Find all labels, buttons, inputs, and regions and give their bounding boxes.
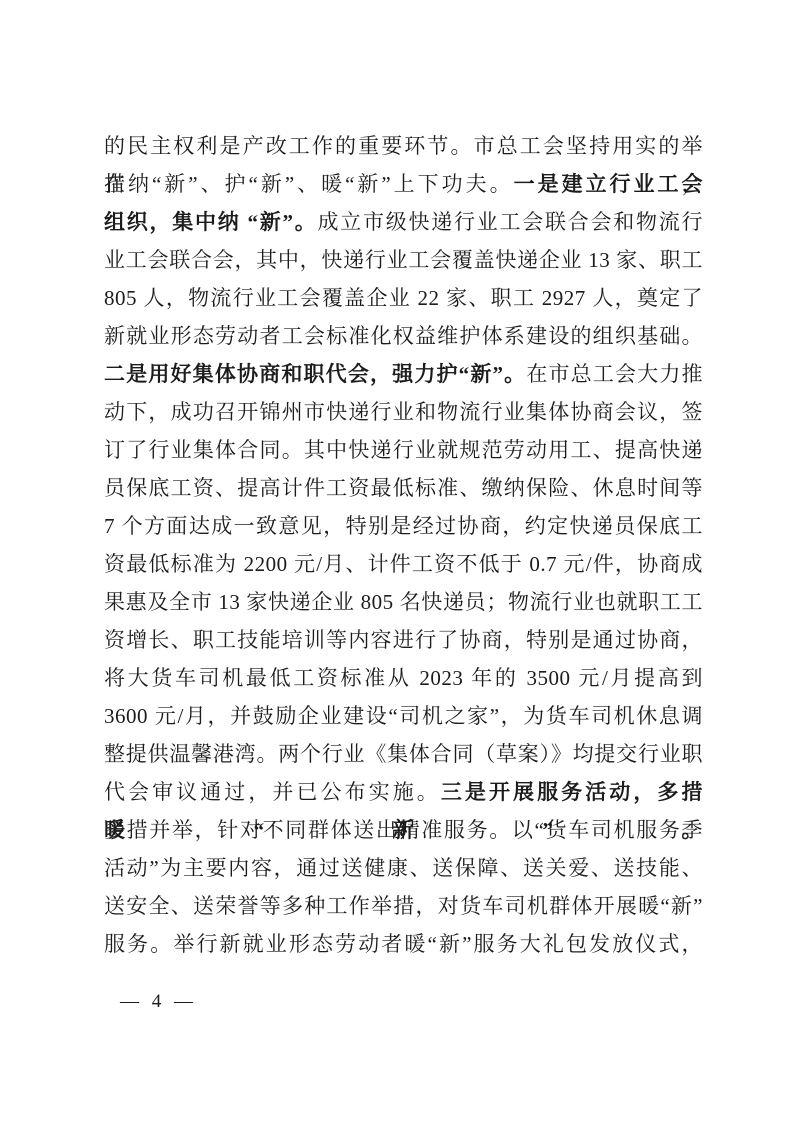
text-line: 代会审议通过，并已公布实施。三是开展服务活动，多措暖“新”。 [104, 773, 703, 811]
text-run: 将大货车司机最低工资标准从 2023 年的 3500 元/月提高到 [104, 666, 703, 690]
text-line: 在纳“新”、护“新”、暖“新”上下功夫。一是建立行业工会 [104, 165, 703, 203]
text-line: 动下，成功召开锦州市快递行业和物流行业集体协商会议，签 [104, 393, 703, 431]
text-line: 活动”为主要内容，通过送健康、送保障、送关爱、送技能、 [104, 849, 703, 887]
text-line: 二是用好集体协商和职代会，强力护“新”。在市总工会大力推 [104, 355, 703, 393]
text-run: 订了行业集体合同。其中快递行业就规范劳动用工、提高快递 [104, 438, 703, 462]
text-line: 资增长、职工技能培训等内容进行了协商，特别是通过协商， [104, 621, 703, 659]
text-line: 7 个方面达成一致意见，特别是经过协商，约定快递员保底工 [104, 507, 703, 545]
document-body-text: 的民主权利是产改工作的重要环节。市总工会坚持用实的举措，在纳“新”、护“新”、暖… [104, 127, 703, 963]
text-run: 资最低标准为 2200 元/月、计件工资不低于 0.7 元/件，协商成 [104, 552, 703, 576]
text-run: 多措并举，针对不同群体送出精准服务。以“货车司机服务季 [104, 818, 703, 842]
text-run: 在市总工会大力推 [526, 362, 703, 386]
text-run: 3600 元/月，并鼓励企业建设“司机之家”，为货车司机休息调 [104, 704, 703, 728]
page-number: — 4 — [120, 991, 197, 1013]
text-line: 多措并举，针对不同群体送出精准服务。以“货车司机服务季 [104, 811, 703, 849]
emphasis-run: 一是建立行业工会 [514, 172, 703, 196]
text-run: 成立市级快递行业工会联合会和物流行 [318, 210, 704, 234]
text-run: 活动”为主要内容，通过送健康、送保障、送关爱、送技能、 [104, 856, 703, 880]
text-run: 在纳“新”、护“新”、暖“新”上下功夫。 [104, 172, 514, 196]
text-line: 服务。举行新就业形态劳动者暖“新”服务大礼包发放仪式， [104, 925, 703, 963]
text-line: 的民主权利是产改工作的重要环节。市总工会坚持用实的举措， [104, 127, 703, 165]
text-run: 果惠及全市 13 家快递企业 805 名快递员；物流行业也就职工工 [104, 590, 703, 614]
text-line: 果惠及全市 13 家快递企业 805 名快递员；物流行业也就职工工 [104, 583, 703, 621]
text-line: 将大货车司机最低工资标准从 2023 年的 3500 元/月提高到 [104, 659, 703, 697]
text-run: 资增长、职工技能培训等内容进行了协商，特别是通过协商， [104, 628, 703, 652]
text-run: 动下，成功召开锦州市快递行业和物流行业集体协商会议，签 [104, 400, 703, 424]
text-run: 业工会联合会，其中，快递行业工会覆盖快递企业 13 家、职工 [104, 248, 703, 272]
text-run: 新就业形态劳动者工会标准化权益维护体系建设的组织基础。 [104, 324, 703, 348]
text-run: 整提供温馨港湾。两个行业《集体合同（草案）》均提交行业职 [104, 742, 703, 766]
text-line: 员保底工资、提高计件工资最低标准、缴纳保险、休息时间等 [104, 469, 703, 507]
text-run: 送安全、送荣誉等多种工作举措，对货车司机群体开展暖“新” [104, 894, 703, 918]
text-line: 送安全、送荣誉等多种工作举措，对货车司机群体开展暖“新” [104, 887, 703, 925]
text-line: 订了行业集体合同。其中快递行业就规范劳动用工、提高快递 [104, 431, 703, 469]
text-run: 805 人，物流行业工会覆盖企业 22 家、职工 2927 人，奠定了 [104, 286, 703, 310]
text-run: 员保底工资、提高计件工资最低标准、缴纳保险、休息时间等 [104, 476, 703, 500]
emphasis-run: 组织，集中纳 “新”。 [104, 210, 318, 234]
emphasis-run: 二是用好集体协商和职代会，强力护“新”。 [104, 362, 526, 386]
text-line: 805 人，物流行业工会覆盖企业 22 家、职工 2927 人，奠定了 [104, 279, 703, 317]
text-line: 业工会联合会，其中，快递行业工会覆盖快递企业 13 家、职工 [104, 241, 703, 279]
document-page: 的民主权利是产改工作的重要环节。市总工会坚持用实的举措，在纳“新”、护“新”、暖… [0, 0, 794, 1123]
text-line: 组织，集中纳 “新”。成立市级快递行业工会联合会和物流行 [104, 203, 703, 241]
text-line: 资最低标准为 2200 元/月、计件工资不低于 0.7 元/件，协商成 [104, 545, 703, 583]
text-line: 整提供温馨港湾。两个行业《集体合同（草案）》均提交行业职 [104, 735, 703, 773]
text-line: 新就业形态劳动者工会标准化权益维护体系建设的组织基础。 [104, 317, 703, 355]
text-run: 服务。举行新就业形态劳动者暖“新”服务大礼包发放仪式， [104, 932, 703, 956]
text-run: 代会审议通过，并已公布实施。 [104, 780, 441, 804]
text-line: 3600 元/月，并鼓励企业建设“司机之家”，为货车司机休息调 [104, 697, 703, 735]
text-run: 7 个方面达成一致意见，特别是经过协商，约定快递员保底工 [104, 514, 703, 538]
